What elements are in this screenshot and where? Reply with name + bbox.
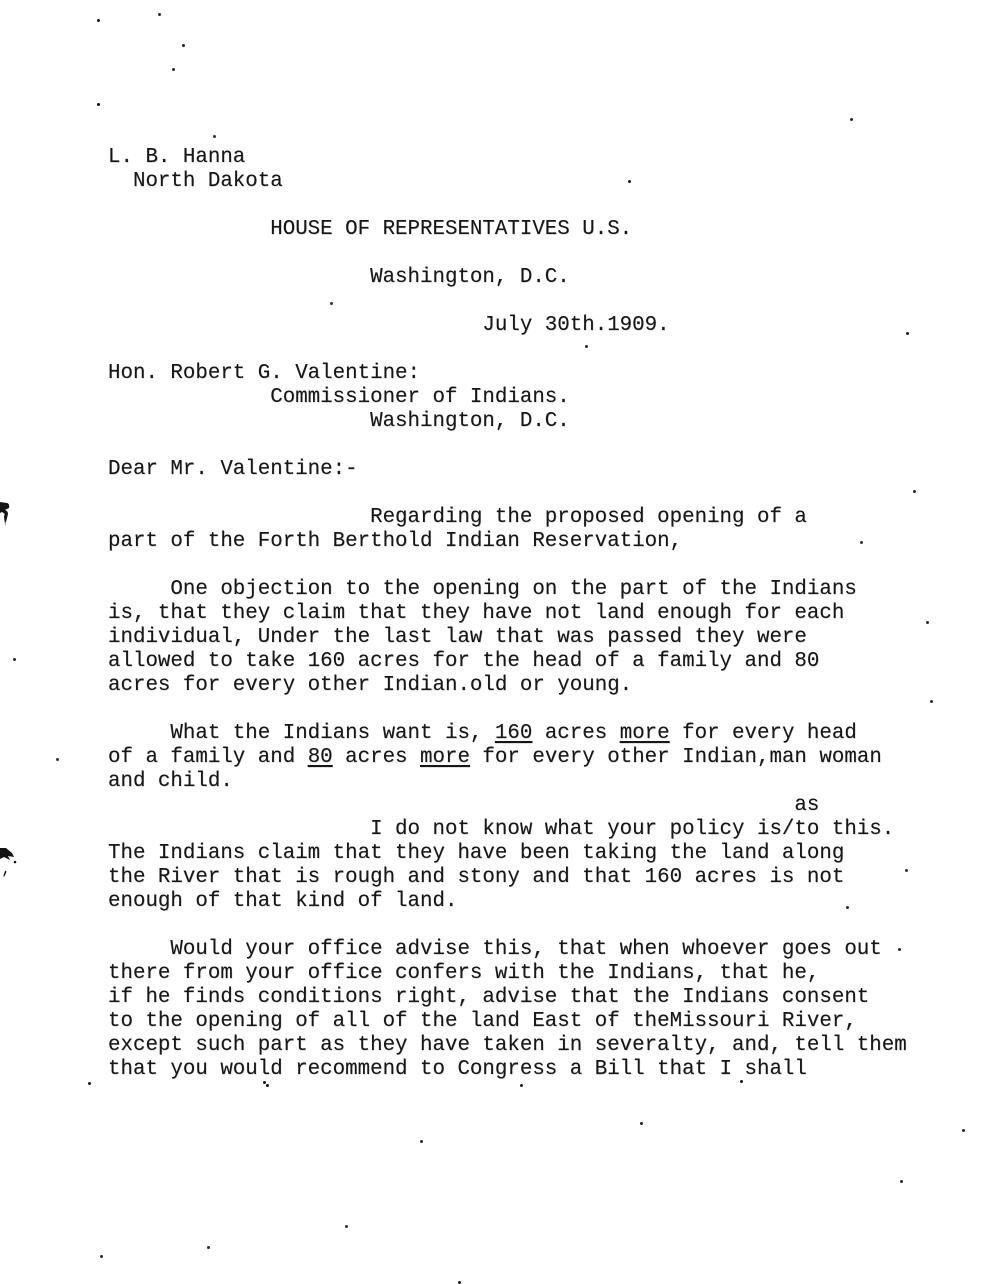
letter-line: Dear Mr. Valentine:- [108, 458, 907, 482]
letter-line [108, 290, 907, 314]
letter-line: of a family and 80 acres more for every … [108, 746, 907, 770]
letter-line: I do not know what your policy is/to thi… [108, 818, 907, 842]
letter-line [108, 482, 907, 506]
letter-line: Regarding the proposed opening of a [108, 506, 907, 530]
letter-line: part of the Forth Berthold Indian Reserv… [108, 530, 907, 554]
underlined-text: 80 [308, 746, 333, 769]
letter-line: to the opening of all of the land East o… [108, 1010, 907, 1034]
scan-noise-specks [0, 0, 3, 3]
underlined-text: more [620, 722, 670, 745]
letter-line: July 30th.1909. [108, 314, 907, 338]
letter-line: Washington, D.C. [108, 410, 907, 434]
letter-body: L. B. Hanna North Dakota HOUSE OF REPRES… [108, 146, 907, 1082]
letter-line: enough of that kind of land. [108, 890, 907, 914]
letter-line: that you would recommend to Congress a B… [108, 1058, 907, 1082]
letter-line: The Indians claim that they have been ta… [108, 842, 907, 866]
letter-line: What the Indians want is, 160 acres more… [108, 722, 907, 746]
left-margin-ink-squiggle-upper [0, 500, 18, 534]
letter-line: One objection to the opening on the part… [108, 578, 907, 602]
scanned-letter-page: L. B. Hanna North Dakota HOUSE OF REPRES… [0, 0, 1000, 1284]
letter-line [108, 914, 907, 938]
letter-line: L. B. Hanna [108, 146, 907, 170]
letter-line [108, 194, 907, 218]
letter-line: allowed to take 160 acres for the head o… [108, 650, 907, 674]
letter-line: Washington, D.C. [108, 266, 907, 290]
letter-line: and child. [108, 770, 907, 794]
letter-line: Commissioner of Indians. [108, 386, 907, 410]
letter-line: acres for every other Indian.old or youn… [108, 674, 907, 698]
letter-line [108, 698, 907, 722]
left-margin-ink-squiggle-lower [0, 843, 22, 883]
letter-line: individual, Under the last law that was … [108, 626, 907, 650]
letter-line: Would your office advise this, that when… [108, 938, 907, 962]
letter-line [108, 434, 907, 458]
letter-line: there from your office confers with the … [108, 962, 907, 986]
letter-line: HOUSE OF REPRESENTATIVES U.S. [108, 218, 907, 242]
letter-line: as [108, 794, 907, 818]
letter-line [108, 338, 907, 362]
letter-line: Hon. Robert G. Valentine: [108, 362, 907, 386]
underlined-text: more [420, 746, 470, 769]
letter-line [108, 554, 907, 578]
underlined-text: 160 [495, 722, 532, 745]
letter-line [108, 242, 907, 266]
letter-line: North Dakota [108, 170, 907, 194]
letter-line: if he finds conditions right, advise tha… [108, 986, 907, 1010]
letter-line: the River that is rough and stony and th… [108, 866, 907, 890]
letter-line: is, that they claim that they have not l… [108, 602, 907, 626]
letter-line: except such part as they have taken in s… [108, 1034, 907, 1058]
